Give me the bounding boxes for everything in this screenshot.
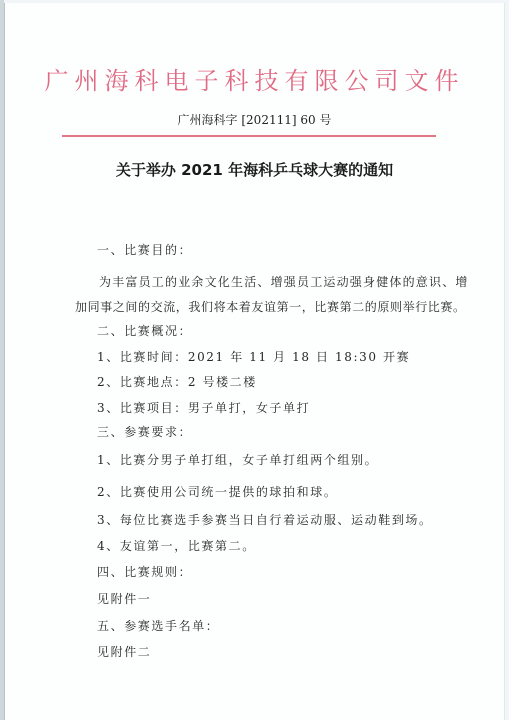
section-heading-rules: 四、比赛规则： — [97, 563, 192, 581]
section-heading-purpose: 一、比赛目的： — [97, 241, 192, 259]
notice-title: 关于举办 2021 年海科乒乓球大赛的通知 — [0, 159, 509, 181]
purpose-paragraph-line-1: 为丰富员工的业余文化生活、增强员工运动强身健体的意识、增 — [99, 273, 469, 291]
requirements-item-2: 2、比赛使用公司统一提供的球拍和球。 — [97, 483, 337, 501]
overview-item-time: 1、比赛时间：2021 年 11 月 18 日 18:30 开赛 — [97, 348, 410, 366]
section-heading-participants: 五、参赛选手名单： — [97, 617, 219, 635]
overview-item-events: 3、比赛项目：男子单打，女子单打 — [97, 399, 310, 417]
section-heading-requirements: 三、参赛要求： — [97, 423, 192, 441]
requirements-item-4: 4、友谊第一，比赛第二。 — [97, 537, 256, 555]
section-heading-overview: 二、比赛概况： — [97, 322, 192, 340]
overview-item-location: 2、比赛地点：2 号楼二楼 — [97, 373, 257, 391]
rules-attachment-ref: 见附件一 — [97, 590, 151, 608]
participants-attachment-ref: 见附件二 — [97, 643, 151, 661]
document-number: 广州海科字 [202111] 60 号 — [0, 111, 509, 129]
letterhead-divider — [62, 135, 436, 137]
letterhead-company-title: 广州海科电子科技有限公司文件 — [0, 66, 509, 96]
requirements-item-1: 1、比赛分男子单打组，女子单打组两个组别。 — [97, 451, 378, 469]
requirements-item-3: 3、每位比赛选手参赛当日自行着运动服、运动鞋到场。 — [97, 511, 433, 529]
purpose-paragraph-line-2: 加同事之间的交流，我们将本着友谊第一，比赛第二的原则举行比赛。 — [75, 298, 466, 316]
